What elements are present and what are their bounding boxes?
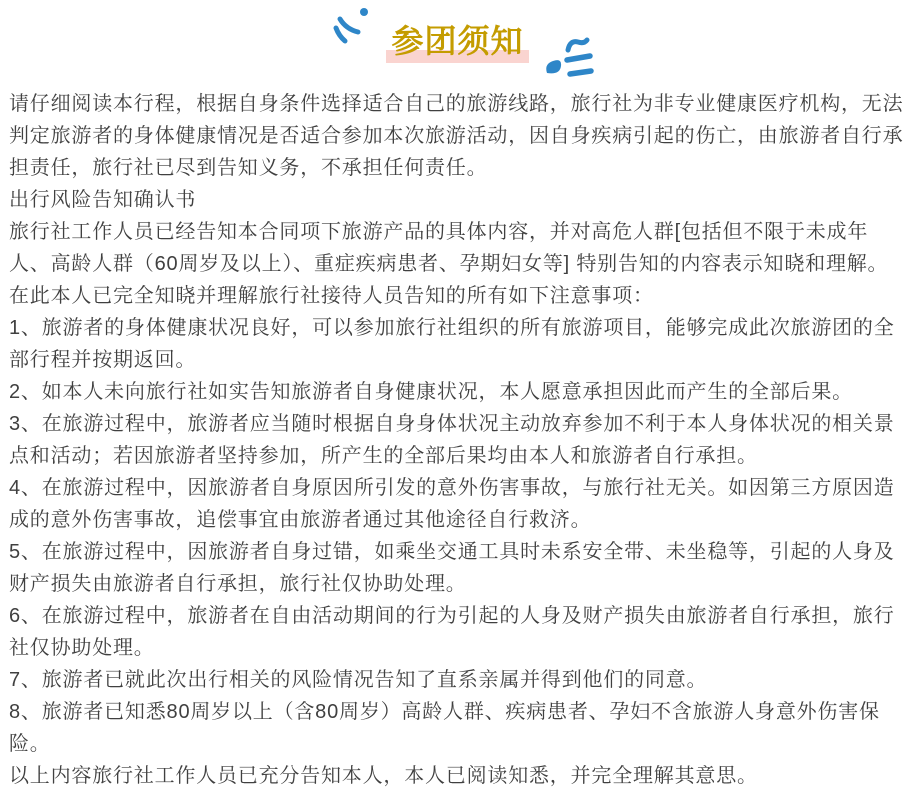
notice-item-6: 6、在旅游过程中，旅游者在自由活动期间的行为引起的人身及财产损失由旅游者自行承担…	[9, 600, 906, 664]
risk-confirmation-paragraph: 旅行社工作人员已经告知本合同项下旅游产品的具体内容，并对高危人群[包括但不限于未…	[9, 216, 906, 312]
notice-item-5: 5、在旅游过程中，因旅游者自身过错，如乘坐交通工具时未系安全带、未坐稳等，引起的…	[9, 536, 906, 600]
notice-body: 请仔细阅读本行程，根据自身条件选择适合自己的旅游线路，旅行社为非专业健康医疗机构…	[0, 88, 915, 792]
notice-item-3: 3、在旅游过程中，旅游者应当随时根据自身身体状况主动放弃参加不利于本人身体状况的…	[9, 408, 906, 472]
motion-lines-right-icon	[545, 34, 605, 87]
notice-item-1: 1、旅游者的身体健康状况良好，可以参加旅行社组织的所有旅游项目，能够完成此次旅游…	[9, 312, 906, 376]
notice-item-2: 2、如本人未向旅行社如实告知旅游者自身健康状况，本人愿意承担因此而产生的全部后果…	[9, 376, 906, 408]
notice-closing-paragraph: 以上内容旅行社工作人员已充分告知本人，本人已阅读知悉，并完全理解其意思。	[9, 760, 906, 792]
page-title: 参团须知	[386, 25, 528, 63]
risk-confirmation-heading: 出行风险告知确认书	[9, 184, 906, 216]
tour-notice-page: 参团须知 请仔细阅读本行程，根据自身条件选择适合自己的旅游线路，旅行社为非专业健…	[0, 0, 915, 795]
notice-item-4: 4、在旅游过程中，因旅游者自身原因所引发的意外伤害事故，与旅行社无关。如因第三方…	[9, 472, 906, 536]
notice-intro-paragraph: 请仔细阅读本行程，根据自身条件选择适合自己的旅游线路，旅行社为非专业健康医疗机构…	[9, 88, 906, 184]
notice-item-8: 8、旅游者已知悉80周岁以上（含80周岁）高龄人群、疾病患者、孕妇不含旅游人身意…	[9, 696, 906, 760]
notice-header: 参团须知	[0, 0, 915, 88]
title-row: 参团须知	[0, 25, 915, 63]
notice-item-7: 7、旅游者已就此次出行相关的风险情况告知了直系亲属并得到他们的同意。	[9, 664, 906, 696]
